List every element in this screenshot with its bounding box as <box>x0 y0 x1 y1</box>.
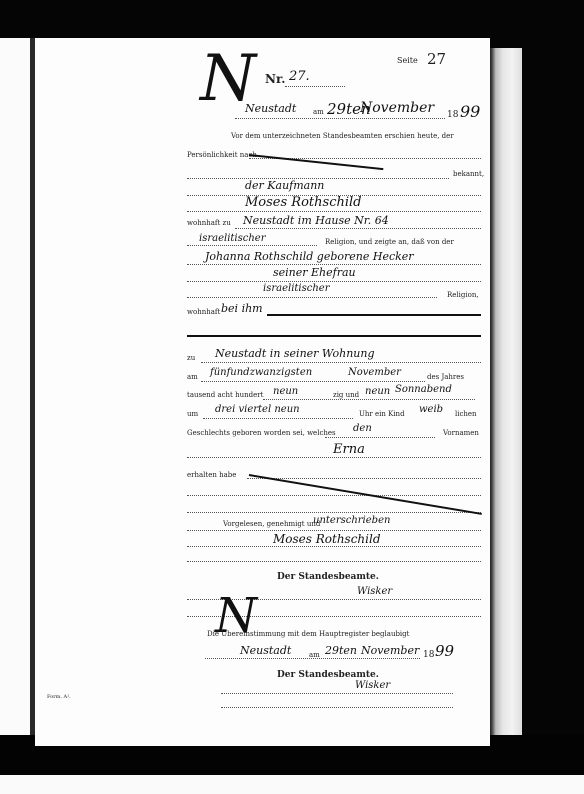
birthdate-month: November <box>348 367 401 378</box>
year-suffix: 99 <box>460 102 480 121</box>
gender-text: Geschlechts geboren worden sei, welches <box>187 429 336 437</box>
page-number: 27 <box>427 50 446 68</box>
residence-value-2: bei ihm <box>221 302 263 315</box>
informant-title: der Kaufmann <box>245 179 324 192</box>
scanned-register-page: Seite 27 Nr. 27. N Neustadt am 29ten Nov… <box>0 0 584 775</box>
year-prefix: 18 <box>447 110 458 120</box>
year-text-mid: zig und <box>333 391 359 399</box>
birth-register-page: Seite 27 Nr. 27. N Neustadt am 29ten Nov… <box>35 38 490 746</box>
cert-year-prefix: 18 <box>423 650 434 660</box>
identity-suffix: bekannt, <box>453 170 484 178</box>
cert-place: Neustadt <box>240 644 291 657</box>
place-handwritten: Neustadt <box>245 102 296 115</box>
strike-through <box>249 154 383 170</box>
religion-value-1: israelitischer <box>199 233 265 244</box>
mother-name: Johanna Rothschild geborene Hecker <box>205 250 414 263</box>
date-prefix: am <box>313 108 324 116</box>
informant-name: Moses Rothschild <box>245 195 361 210</box>
religion-value-2: israelitischer <box>263 283 329 294</box>
year-text-prefix: tausend acht hundert <box>187 391 263 399</box>
sex-value: weib <box>419 404 443 415</box>
record-label: Nr. <box>265 72 285 86</box>
names-value: den <box>353 423 372 434</box>
weekday: Sonnabend <box>395 384 452 395</box>
cert-year-suffix: 99 <box>435 642 454 660</box>
facing-page-edge <box>0 38 30 738</box>
residence-label: wohnhaft zu <box>187 219 231 227</box>
residence-value: Neustadt im Hause Nr. 64 <box>243 214 389 227</box>
registrar-heading: Der Standesbeamte. <box>277 572 379 582</box>
sex-suffix: lichen <box>455 410 477 418</box>
cert-day: 29ten <box>325 644 357 657</box>
certification-text: Die Übereinstimmung mit dem Hauptregiste… <box>207 630 409 638</box>
birthdate-day: fünfundzwanzigsten <box>210 367 312 378</box>
image-footer <box>0 775 584 794</box>
names-label: Vornamen <box>443 429 479 437</box>
received-label: erhalten habe <box>187 471 236 479</box>
strike-through-3 <box>187 335 481 337</box>
registrar-signature: Wisker <box>357 586 392 597</box>
birthplace-prefix: zu <box>187 354 195 362</box>
time-value: drei viertel neun <box>215 404 300 415</box>
registrar-signature-2: Wisker <box>355 680 390 691</box>
signature-informant: Moses Rothschild <box>273 532 381 546</box>
year-text-tens: neun <box>273 386 298 397</box>
strike-through-2 <box>267 314 481 316</box>
page-label: Seite <box>397 56 418 65</box>
time-prefix: um <box>187 410 198 418</box>
child-name: Erna <box>333 442 365 457</box>
mother-relation: seiner Ehefrau <box>273 266 356 279</box>
year-text-units: neun <box>365 386 390 397</box>
identity-label: Persönlichkeit nach <box>187 151 257 159</box>
read-approved: Vorgelesen, genehmigt und <box>223 520 320 528</box>
birthdate-suffix: des Jahres <box>427 373 464 381</box>
form-code: Form. A¹. <box>47 694 71 700</box>
date-month: November <box>360 100 434 116</box>
residence-label-2: wohnhaft <box>187 308 220 316</box>
birthplace-value: Neustadt in seiner Wohnung <box>215 347 374 360</box>
cert-month: November <box>361 644 419 657</box>
registrar-heading-2: Der Standesbeamte. <box>277 670 379 680</box>
religion-label-2: Religion, <box>447 291 479 299</box>
birthdate-prefix: am <box>187 373 198 381</box>
read-approved-value: unterschrieben <box>313 515 390 526</box>
book-page-edges <box>490 48 522 740</box>
intro-text: Vor dem unterzeichneten Standesbeamten e… <box>231 132 454 140</box>
record-number: 27. <box>289 69 310 84</box>
religion-text-1: Religion, und zeigte an, daß von der <box>325 238 454 246</box>
time-suffix: Uhr ein Kind <box>359 410 405 418</box>
